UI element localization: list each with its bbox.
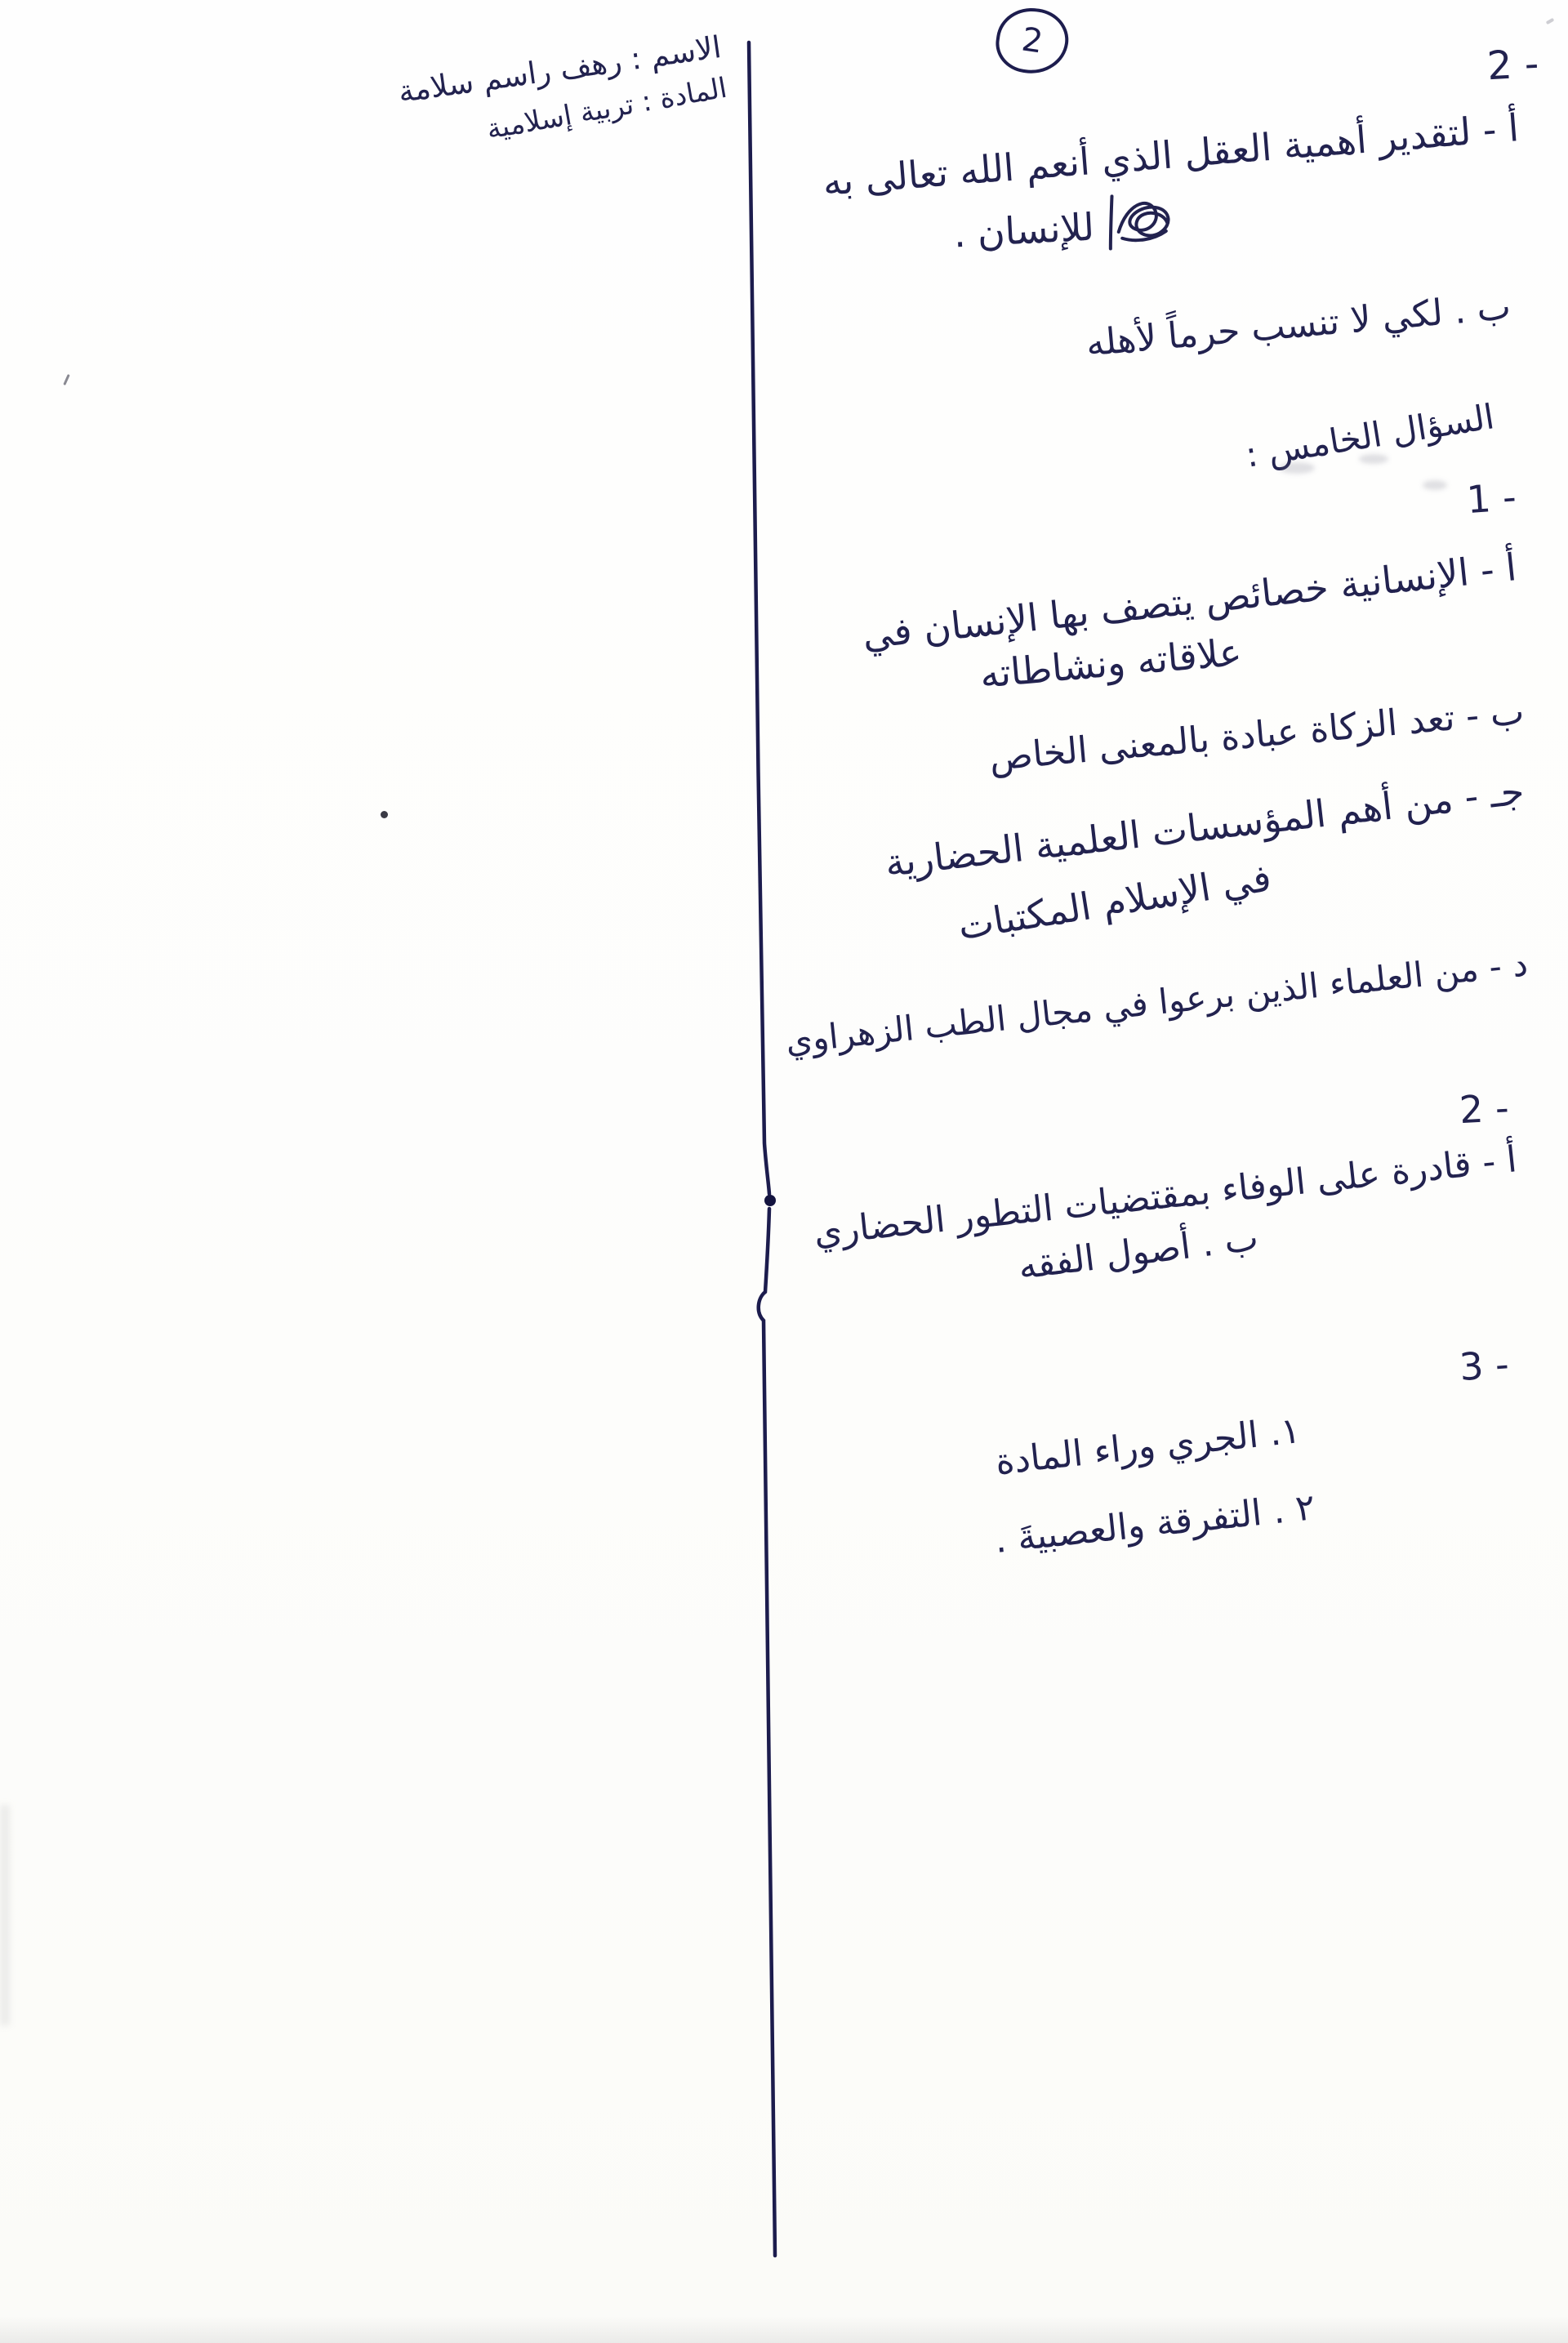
ink-dot-on-line bbox=[764, 1195, 776, 1206]
question2-answer-a-line2: للإنسان . bbox=[951, 186, 1182, 261]
scan-edge-streak bbox=[0, 1805, 10, 2025]
scanned-answer-sheet: الاسم : رهف راسم سلامة المادة : تربية إس… bbox=[0, 0, 1568, 2343]
question5-part2-number: - 2 bbox=[1459, 1085, 1510, 1134]
pencil-smudge bbox=[1279, 462, 1315, 474]
q5p3-item-2: ٢ . التفرقة والعصبيةَ . bbox=[992, 1485, 1317, 1563]
page-number-text: 2 bbox=[1019, 20, 1045, 60]
crossed-out-word-scribble bbox=[1100, 186, 1182, 254]
question2-answer-a-line2-text: للإنسان . bbox=[952, 205, 1095, 256]
question2-number: - 2 bbox=[1486, 39, 1539, 91]
question5-part3-number: - 3 bbox=[1459, 1341, 1511, 1392]
page-number-circled: 2 bbox=[992, 3, 1072, 78]
q5p1-answer-d: د - من العلماء الذين برعوا في مجال الطب … bbox=[783, 942, 1530, 1063]
scan-bottom-shadow bbox=[0, 2316, 1568, 2343]
corner-scan-mark bbox=[1546, 18, 1555, 24]
question2-answer-b: ب . لكي لا تنسب حرماً لأهله bbox=[1085, 284, 1512, 366]
stray-ink-dot bbox=[381, 811, 388, 818]
pencil-smudge bbox=[1359, 454, 1388, 464]
question5-part1-number: - 1 bbox=[1466, 474, 1518, 524]
student-header: الاسم : رهف راسم سلامة المادة : تربية إس… bbox=[396, 29, 730, 155]
q5p1-answer-b: ب - تعد الزكاة عبادة بالمعنى الخاص bbox=[987, 689, 1526, 781]
stray-pen-tick bbox=[63, 374, 69, 385]
q5p3-item-1: ١. الجري وراء المادة bbox=[993, 1408, 1303, 1485]
pencil-smudge bbox=[1423, 480, 1447, 490]
